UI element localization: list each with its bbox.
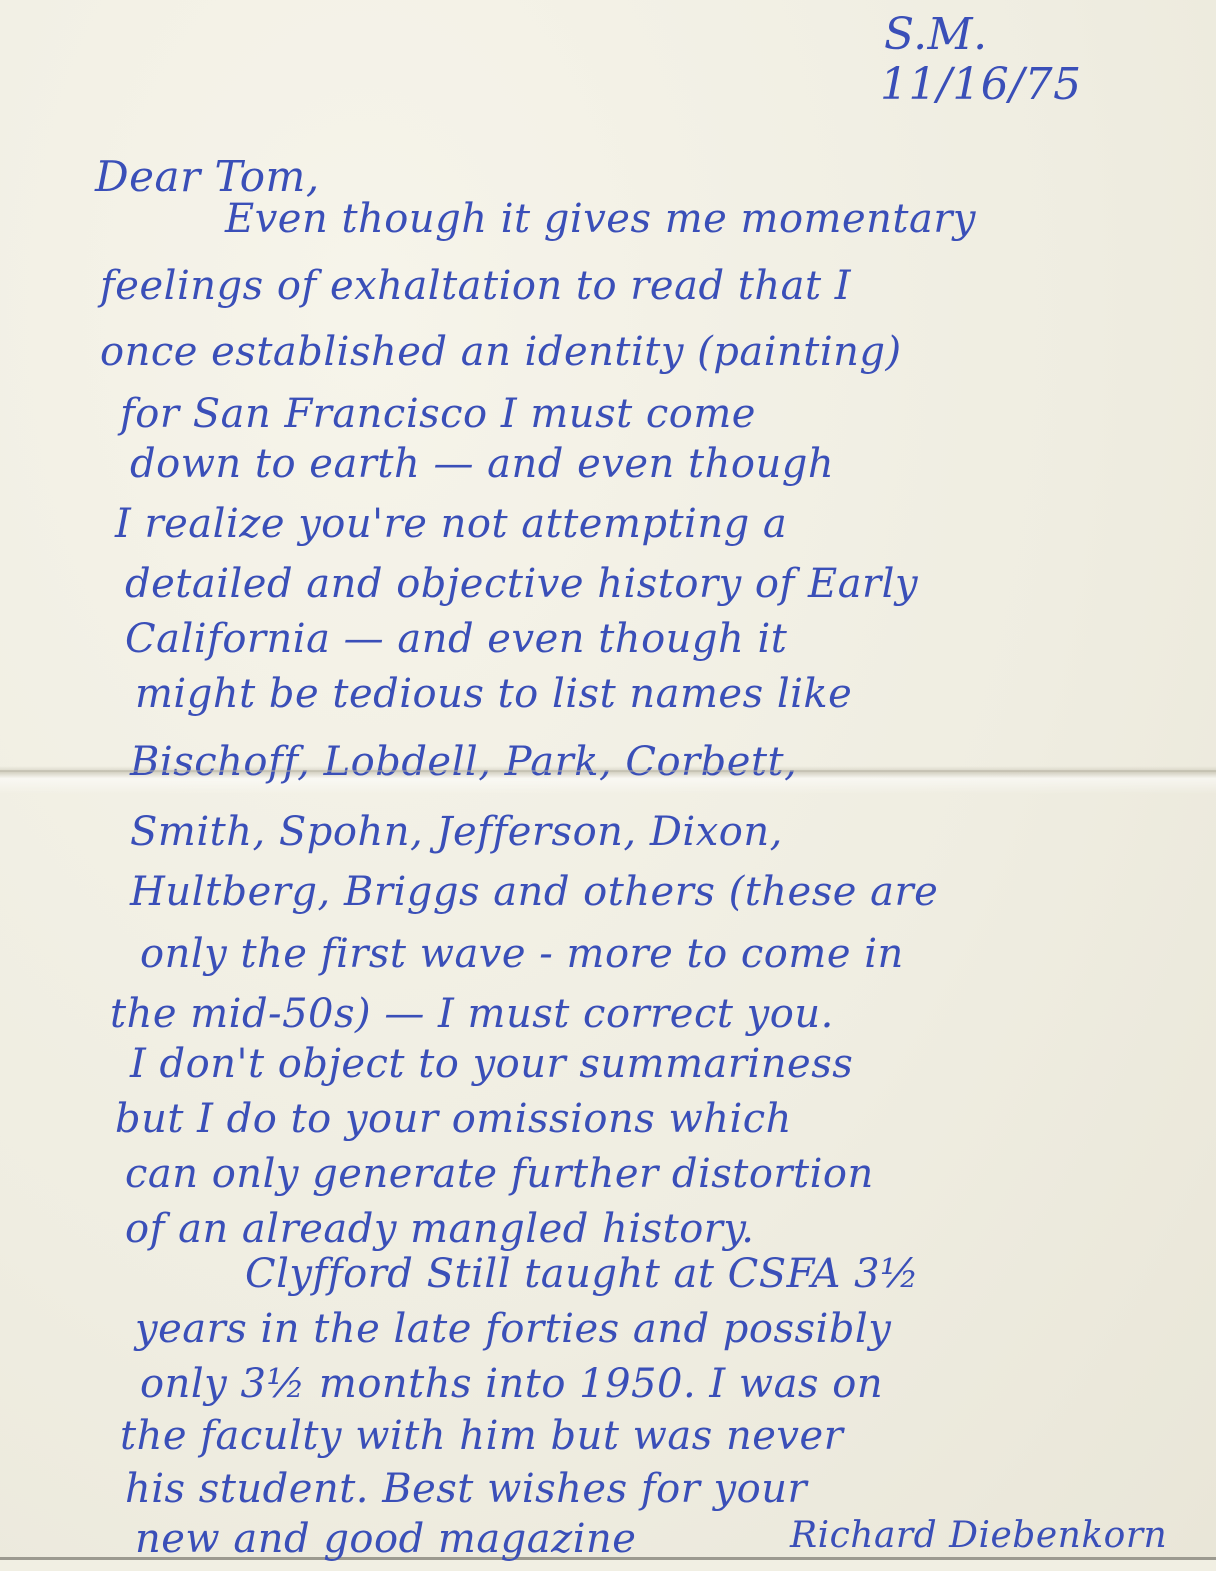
letter-line: only 3½ months into 1950. I was on bbox=[140, 1360, 883, 1408]
letter-line: years in the late forties and possibly bbox=[135, 1305, 891, 1353]
letter-line: but I do to your omissions which bbox=[115, 1095, 792, 1143]
letter-line: can only generate further distortion bbox=[125, 1150, 874, 1198]
letter-line: Hultberg, Briggs and others (these are bbox=[130, 868, 938, 916]
letter-line: only the first wave - more to come in bbox=[140, 930, 904, 978]
letter-line: Clyfford Still taught at CSFA 3½ bbox=[245, 1250, 919, 1298]
letter-line: feelings of exhaltation to read that I bbox=[100, 262, 851, 310]
letter-line: Even though it gives me momentary bbox=[225, 195, 976, 243]
letter-line: of an already mangled history. bbox=[125, 1205, 754, 1253]
fold-crease bbox=[0, 770, 1216, 772]
letter-signature: Richard Diebenkorn bbox=[790, 1515, 1167, 1556]
letter-line: might be tedious to list names like bbox=[135, 670, 852, 718]
letter-location: S.M. bbox=[880, 10, 1082, 60]
letter-header: S.M. 11/16/75 bbox=[880, 10, 1082, 110]
letter-salutation: Dear Tom, bbox=[95, 152, 320, 201]
letter-line: Smith, Spohn, Jefferson, Dixon, bbox=[130, 808, 783, 856]
letter-line: down to earth — and even though bbox=[130, 440, 834, 488]
letter-line: new and good magazine bbox=[135, 1515, 636, 1563]
letter-line: for San Francisco I must come bbox=[120, 390, 756, 438]
letter-line: his student. Best wishes for your bbox=[125, 1465, 807, 1513]
letter-line: Bischoff, Lobdell, Park, Corbett, bbox=[130, 738, 797, 786]
letter-line: California — and even though it bbox=[125, 615, 787, 663]
letter-page: S.M. 11/16/75 Dear Tom, Even though it g… bbox=[0, 0, 1216, 1560]
letter-line: once established an identity (painting) bbox=[100, 328, 902, 376]
letter-date: 11/16/75 bbox=[880, 60, 1082, 110]
letter-line: I realize you're not attempting a bbox=[115, 500, 787, 548]
letter-line: I don't object to your summariness bbox=[130, 1040, 853, 1088]
letter-line: the faculty with him but was never bbox=[120, 1412, 843, 1460]
letter-line: the mid-50s) — I must correct you. bbox=[110, 990, 834, 1038]
letter-line: detailed and objective history of Early bbox=[125, 560, 918, 608]
